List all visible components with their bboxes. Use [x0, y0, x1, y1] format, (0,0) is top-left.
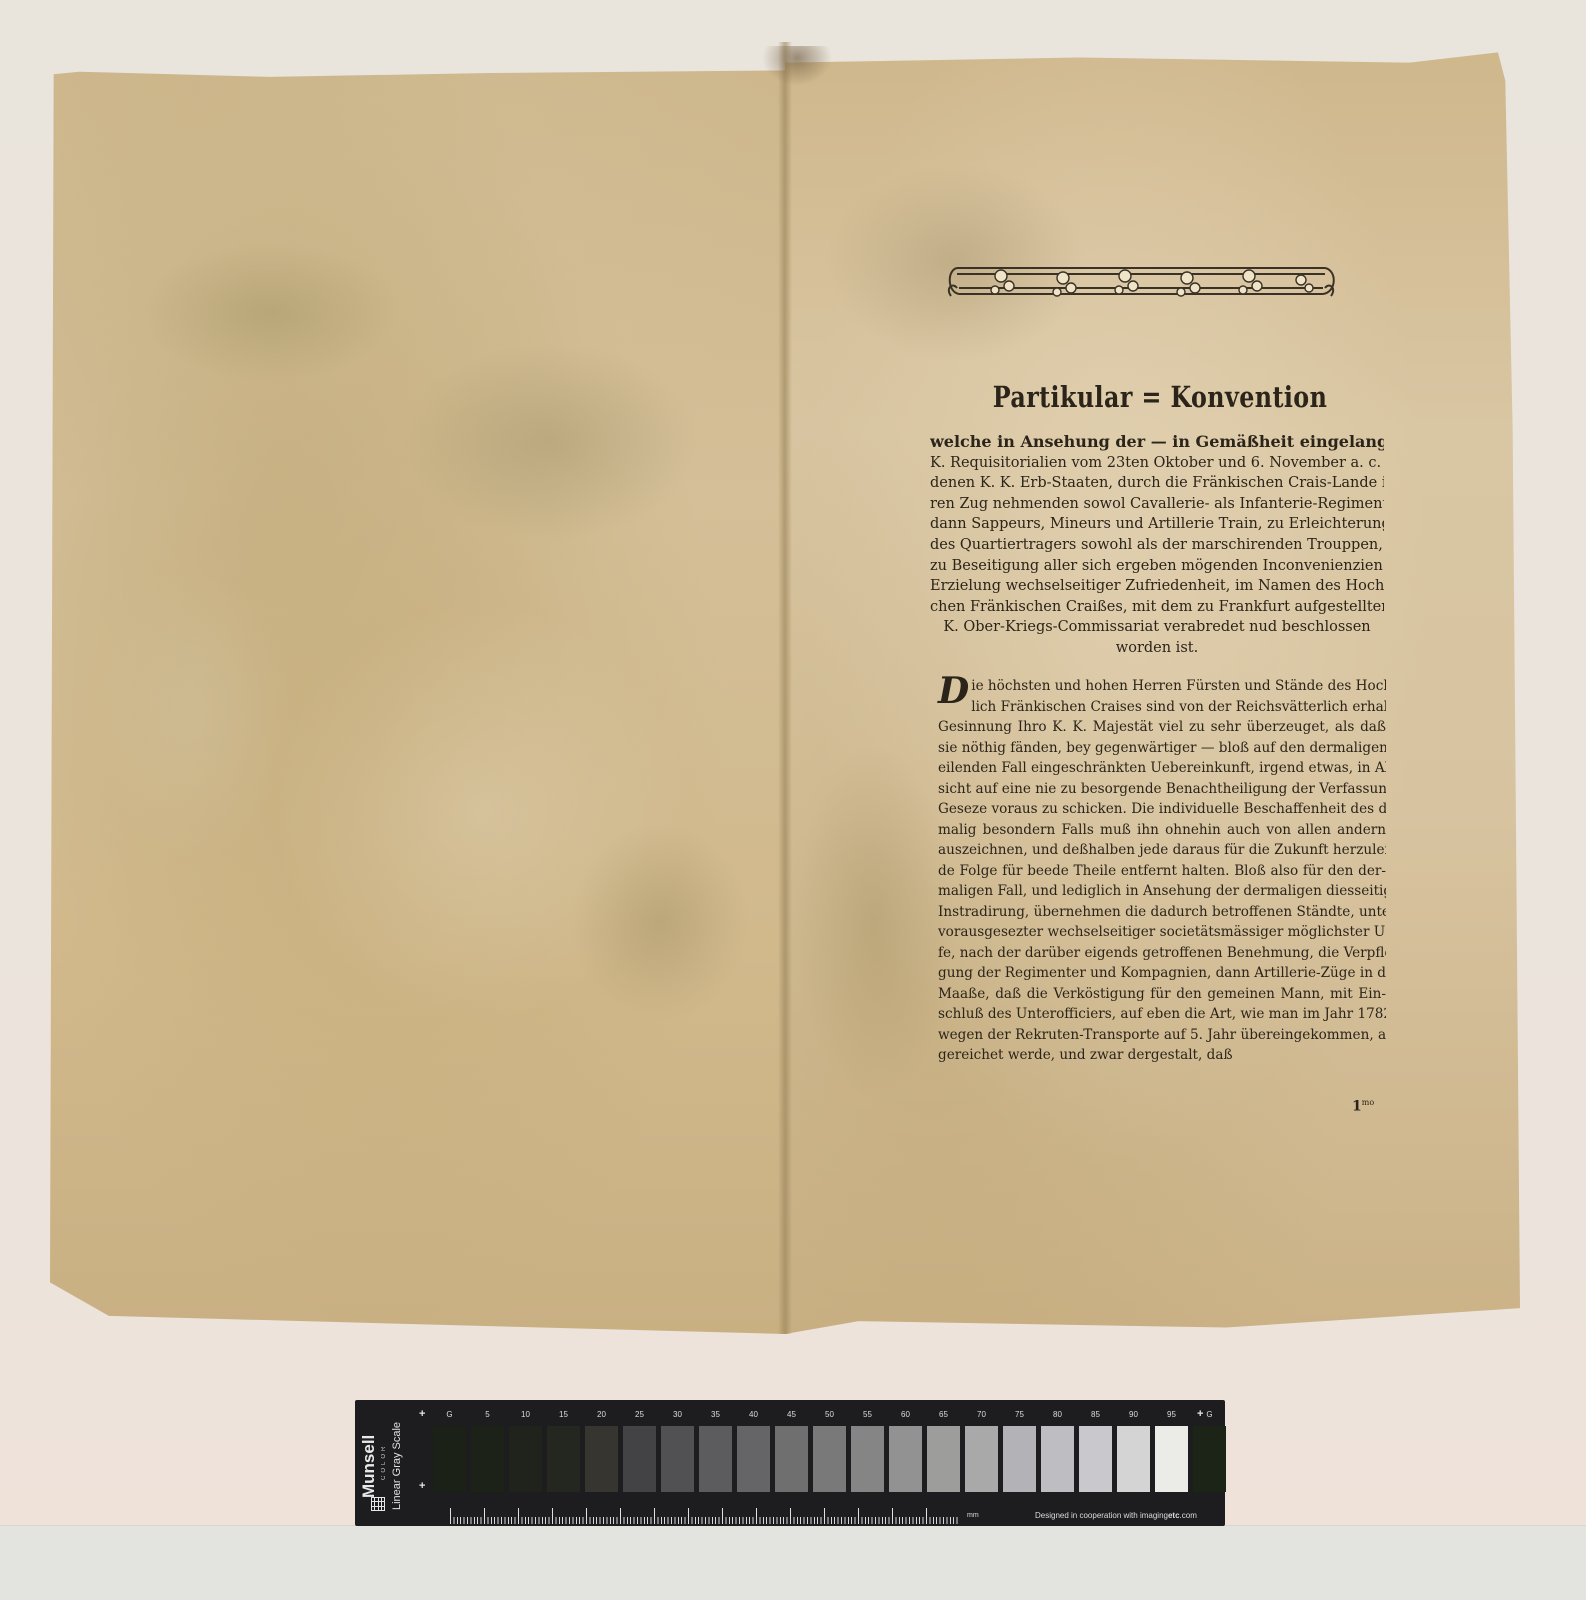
swatch-label: 75	[1015, 1404, 1024, 1426]
swatch-chip	[737, 1426, 770, 1492]
card-credit: Designed in cooperation with imagingetc.…	[1035, 1511, 1197, 1520]
swatch-label: 20	[597, 1404, 606, 1426]
body-line: Geseze voraus zu schicken. Die individue…	[938, 799, 1386, 820]
swatch-label: 30	[673, 1404, 682, 1426]
catchword: 1mo	[1352, 1098, 1374, 1115]
swatch-chip	[1079, 1426, 1112, 1492]
gray-swatch: 45	[775, 1404, 808, 1492]
swatch-label: G	[446, 1404, 452, 1426]
document-body: D ie höchsten und hohen Herren Fürsten u…	[938, 676, 1386, 1066]
page-fold	[778, 42, 792, 1334]
swatch-label: 5	[485, 1404, 489, 1426]
subtitle-line: des Quartiertragers sowohl als der marsc…	[930, 535, 1384, 556]
swatch-chip	[433, 1426, 466, 1492]
subtitle-line: K. Requisitorialien vom 23ten Oktober un…	[930, 453, 1384, 474]
body-line: ie höchsten und hohen Herren Fürsten und…	[971, 676, 1386, 697]
body-line: malig besondern Falls muß ihn ohnehin au…	[938, 820, 1386, 841]
munsell-gray-scale-card: Munsell COLOR Linear Gray Scale + + + + …	[355, 1400, 1225, 1526]
swatch-chip	[813, 1426, 846, 1492]
document-title: Partikular = Konvention	[976, 380, 1345, 414]
gray-swatch: 90	[1117, 1404, 1150, 1492]
swatch-label: 55	[863, 1404, 872, 1426]
body-line: lich Fränkischen Craises sind von der Re…	[971, 697, 1386, 718]
swatch-chip	[889, 1426, 922, 1492]
gray-swatch: 40	[737, 1404, 770, 1492]
body-line: maligen Fall, und lediglich in Ansehung …	[938, 881, 1386, 902]
munsell-logo-icon	[371, 1497, 385, 1511]
left-page	[50, 42, 785, 1334]
gray-swatch: 95	[1155, 1404, 1188, 1492]
body-line: vorausgesezter wechselseitiger societäts…	[938, 922, 1386, 943]
swatch-label: 15	[559, 1404, 568, 1426]
body-line: sicht auf eine nie zu besorgende Benacht…	[938, 779, 1386, 800]
gray-swatch: 75	[1003, 1404, 1036, 1492]
subtitle-line: worden ist.	[930, 638, 1384, 659]
swatch-chip	[1193, 1426, 1226, 1492]
swatch-label: 90	[1129, 1404, 1138, 1426]
swatch-chip	[1041, 1426, 1074, 1492]
gray-swatch: 10	[509, 1404, 542, 1492]
swatch-label: 70	[977, 1404, 986, 1426]
gray-swatches: G5101520253035404550556065707580859095G	[433, 1404, 1226, 1492]
swatch-label: 45	[787, 1404, 796, 1426]
document-subtitle: welche in Ansehung der — in Gemäßheit ei…	[930, 432, 1384, 659]
subtitle-line: chen Fränkischen Craißes, mit dem zu Fra…	[930, 597, 1384, 618]
brand-name: Munsell	[359, 1438, 379, 1498]
gray-swatch: 30	[661, 1404, 694, 1492]
munsell-brand: Munsell COLOR	[359, 1410, 419, 1520]
swatch-chip	[585, 1426, 618, 1492]
swatch-chip	[965, 1426, 998, 1492]
gray-swatch: 85	[1079, 1404, 1112, 1492]
swatch-chip	[661, 1426, 694, 1492]
swatch-chip	[775, 1426, 808, 1492]
body-line: wegen der Rekruten-Transporte auf 5. Jah…	[938, 1025, 1386, 1046]
registration-mark-icon: +	[419, 1408, 425, 1420]
body-line: fe, nach der darüber eigends getroffenen…	[938, 943, 1386, 964]
swatch-chip	[471, 1426, 504, 1492]
gray-swatch: G	[1193, 1404, 1226, 1492]
gray-swatch: 55	[851, 1404, 884, 1492]
body-line: Maaße, daß die Verköstigung für den geme…	[938, 984, 1386, 1005]
swatch-chip	[1155, 1426, 1188, 1492]
swatch-label: 50	[825, 1404, 834, 1426]
subtitle-line: welche in Ansehung der — in Gemäßheit ei…	[930, 432, 1384, 453]
swatch-label: 25	[635, 1404, 644, 1426]
swatch-label: 40	[749, 1404, 758, 1426]
registration-mark-icon: +	[419, 1480, 425, 1492]
subtitle-line: ren Zug nehmenden sowol Cavallerie- als …	[930, 494, 1384, 515]
swatch-label: 60	[901, 1404, 910, 1426]
gray-swatch: 60	[889, 1404, 922, 1492]
gray-swatch: 65	[927, 1404, 960, 1492]
swatch-chip	[1003, 1426, 1036, 1492]
body-line: gung der Regimenter und Kompagnien, dann…	[938, 963, 1386, 984]
body-line: Gesinnung Ihro K. K. Majestät viel zu se…	[938, 717, 1386, 738]
subtitle-line: dann Sappeurs, Mineurs und Artillerie Tr…	[930, 514, 1384, 535]
ruler-unit: mm	[967, 1512, 979, 1519]
gray-swatch: 15	[547, 1404, 580, 1492]
swatch-chip	[547, 1426, 580, 1492]
ruler-major-ticks	[450, 1508, 960, 1524]
gray-swatch: 5	[471, 1404, 504, 1492]
brand-sub: COLOR	[381, 1420, 387, 1480]
swatch-label: G	[1206, 1404, 1212, 1426]
swatch-label: 10	[521, 1404, 530, 1426]
swatch-chip	[927, 1426, 960, 1492]
scale-name: Linear Gray Scale	[391, 1420, 403, 1512]
gray-swatch: 50	[813, 1404, 846, 1492]
drop-cap: D	[938, 676, 969, 706]
body-line: Instradirung, übernehmen die dadurch bet…	[938, 902, 1386, 923]
subtitle-line: Erzielung wechselseitiger Zufriedenheit,…	[930, 576, 1384, 597]
gray-swatch: G	[433, 1404, 466, 1492]
gray-swatch: 70	[965, 1404, 998, 1492]
gray-swatch: 80	[1041, 1404, 1074, 1492]
body-line: de Folge für beede Theile entfernt halte…	[938, 861, 1386, 882]
gray-swatch: 20	[585, 1404, 618, 1492]
swatch-chip	[1117, 1426, 1150, 1492]
swatch-label: 85	[1091, 1404, 1100, 1426]
swatch-chip	[699, 1426, 732, 1492]
swatch-chip	[851, 1426, 884, 1492]
body-line: auszeichnen, und deßhalben jede daraus f…	[938, 840, 1386, 861]
body-line: sie nöthig fänden, bey gegenwärtiger — b…	[938, 738, 1386, 759]
swatch-label: 80	[1053, 1404, 1062, 1426]
gray-swatch: 35	[699, 1404, 732, 1492]
floral-border-ornament	[945, 258, 1337, 302]
subtitle-line: K. Ober-Kriegs-Commissariat verabredet n…	[930, 617, 1384, 638]
backdrop-table	[0, 1525, 1586, 1600]
subtitle-line: denen K. K. Erb-Staaten, durch die Fränk…	[930, 473, 1384, 494]
swatch-label: 95	[1167, 1404, 1176, 1426]
body-line: gereichet werde, und zwar dergestalt, da…	[938, 1045, 1386, 1066]
swatch-label: 65	[939, 1404, 948, 1426]
body-line: eilenden Fall eingeschränkten Uebereinku…	[938, 758, 1386, 779]
subtitle-line: zu Beseitigung aller sich ergeben mögend…	[930, 556, 1384, 577]
body-line: schluß des Unterofficiers, auf eben die …	[938, 1004, 1386, 1025]
gray-swatch: 25	[623, 1404, 656, 1492]
swatch-chip	[623, 1426, 656, 1492]
fold-stain	[762, 46, 832, 86]
swatch-label: 35	[711, 1404, 720, 1426]
swatch-chip	[509, 1426, 542, 1492]
